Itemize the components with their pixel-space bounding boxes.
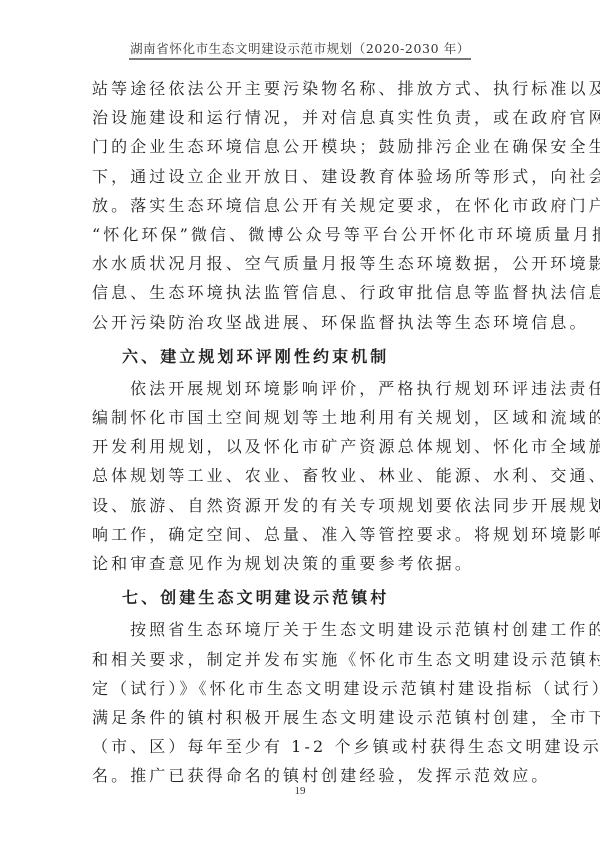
text-line: 依法开展规划环境影响评价，严格执行规划环评违法责任追究。 — [92, 374, 517, 403]
document-body: 站等途径依法公开主要污染物名称、排放方式、执行标准以及污染防 治设施建设和运行情… — [92, 74, 517, 791]
text-line: 和相关要求，制定并发布实施《怀化市生态文明建设示范镇村管理规 — [92, 645, 517, 674]
text-line: 信息、生态环境执法监管信息、行政审批信息等监督执法信息，以及 — [92, 278, 517, 307]
text-line: 满足条件的镇村积极开展生态文明建设示范镇村创建，全市下辖各县 — [92, 703, 517, 732]
page-number: 19 — [0, 785, 600, 797]
text-line: 响工作，确定空间、总量、准入等管控要求。将规划环境影响评价结 — [92, 520, 517, 549]
text-line: 编制怀化市国土空间规划等土地利用有关规划，区域和流域的建设、 — [92, 403, 517, 432]
text-line: 开发利用规划，以及怀化市矿产资源总体规划、怀化市全域旅游发展 — [92, 432, 517, 461]
text-line: 治设施建设和运行情况，并对信息真实性负责，或在政府官网建立专 — [92, 103, 517, 132]
text-line: 水水质状况月报、空气质量月报等生态环境数据，公开环境影响评价 — [92, 249, 517, 278]
document-page: 湖南省怀化市生态文明建设示范市规划（2020-2030 年） 站等途径依法公开主… — [0, 0, 600, 848]
section-heading-6: 六、建立规划环评刚性约束机制 — [92, 342, 517, 371]
text-line: 论和审查意见作为规划决策的重要参考依据。 — [92, 549, 517, 578]
text-line: 按照省生态环境厅关于生态文明建设示范镇村创建工作的部署 — [92, 615, 517, 644]
text-line: 总体规划等工业、农业、畜牧业、林业、能源、水利、交通、城市建 — [92, 461, 517, 490]
text-line: （市、区）每年至少有 1-2 个乡镇或村获得生态文明建设示范镇村命 — [92, 732, 517, 761]
text-line: 设、旅游、自然资源开发的有关专项规划要依法同步开展规划环境影 — [92, 491, 517, 520]
section-heading-7: 七、创建生态文明建设示范镇村 — [92, 583, 517, 612]
paragraph-disclosure: 站等途径依法公开主要污染物名称、排放方式、执行标准以及污染防 治设施建设和运行情… — [92, 74, 517, 337]
paragraph-planning-eia: 依法开展规划环境影响评价，严格执行规划环评违法责任追究。 编制怀化市国土空间规划… — [92, 374, 517, 578]
text-line: 站等途径依法公开主要污染物名称、排放方式、执行标准以及污染防 — [92, 74, 517, 103]
text-line: 门的企业生态环境信息公开模块；鼓励排污企业在确保安全生产前提 — [92, 132, 517, 161]
text-line: 定（试行）》《怀化市生态文明建设示范镇村建设指标（试行）》。鼓励 — [92, 674, 517, 703]
text-line: “怀化环保”微信、微博公众号等平台公开怀化市环境质量月报、地表 — [92, 220, 517, 249]
running-header: 湖南省怀化市生态文明建设示范市规划（2020-2030 年） — [0, 40, 600, 60]
paragraph-demo-villages: 按照省生态环境厅关于生态文明建设示范镇村创建工作的部署 和相关要求，制定并发布实… — [92, 615, 517, 790]
text-line: 公开污染防治攻坚战进展、环保监督执法等生态环境信息。 — [92, 308, 517, 337]
text-line: 放。落实生态环境信息公开有关规定要求，在怀化市政府门户网站、 — [92, 191, 517, 220]
text-line: 下，通过设立企业开放日、建设教育体验场所等形式，向社会公众开 — [92, 162, 517, 191]
header-title: 湖南省怀化市生态文明建设示范市规划（2020-2030 年） — [129, 40, 471, 60]
